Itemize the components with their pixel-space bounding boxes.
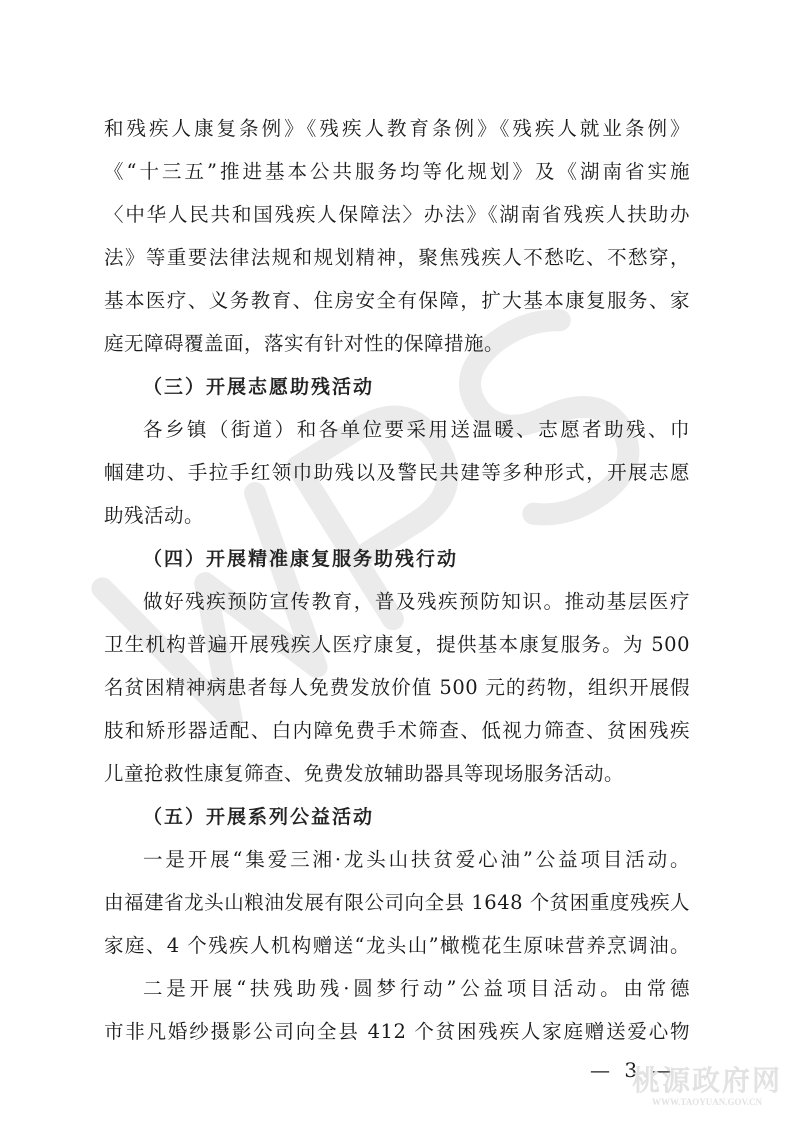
body-text-line: 一是开展“集爱三湘·龙头山扶贫爱心油”公益项目活动。 [143, 846, 690, 874]
document-page: 和残疾人康复条例》《残疾人教育条例》《残疾人就业条例》 《“十三五”推进基本公共… [0, 0, 793, 1122]
body-text-line: 做好残疾预防宣传教育，普及残疾预防知识。推动基层医疗 [143, 588, 690, 616]
body-text-line: 助残活动。 [104, 502, 690, 530]
section-heading-4: （四）开展精准康复服务助残行动 [143, 545, 458, 573]
body-text-line: 〈中华人民共和国残疾人保障法〉办法》《湖南省残疾人扶助办 [104, 201, 690, 229]
body-text-line: 各乡镇（街道）和各单位要采用送温暖、志愿者助残、巾 [143, 416, 690, 444]
body-text-line: 肢和矫形器适配、白内障免费手术筛查、低视力筛查、贫困残疾 [104, 717, 690, 745]
body-text-line: 基本医疗、义务教育、住房安全有保障，扩大基本康复服务、家 [104, 287, 690, 315]
body-text-line: 庭无障碍覆盖面，落实有针对性的保障措施。 [104, 330, 690, 358]
body-text-line: 卫生机构普遍开展残疾人医疗康复，提供基本康复服务。为 500 [104, 631, 690, 659]
page-number: — 3 — [590, 1058, 675, 1082]
body-text-line: 市非凡婚纱摄影公司向全县 412 个贫困残疾人家庭赠送爱心物 [104, 1018, 690, 1046]
section-heading-3: （三）开展志愿助残活动 [143, 373, 374, 401]
body-text-line: 《“十三五”推进基本公共服务均等化规划》及《湖南省实施 [104, 158, 690, 186]
body-text-line: 名贫困精神病患者每人免费发放价值 500 元的药物，组织开展假 [104, 674, 690, 702]
body-text-line: 帼建功、手拉手红领巾助残以及警民共建等多种形式，开展志愿 [104, 459, 690, 487]
body-text-line: 法》等重要法律法规和规划精神，聚焦残疾人不愁吃、不愁穿， [104, 244, 690, 272]
section-heading-5: （五）开展系列公益活动 [143, 803, 374, 831]
body-text-line: 和残疾人康复条例》《残疾人教育条例》《残疾人就业条例》 [104, 115, 690, 143]
site-logo-url: WWW.TAOYUAN.GOV.CN [632, 1096, 782, 1108]
body-text-line: 儿童抢救性康复筛查、免费发放辅助器具等现场服务活动。 [104, 760, 690, 788]
body-text-line: 家庭、4 个残疾人机构赠送“龙头山”橄榄花生原味营养烹调油。 [104, 932, 690, 960]
body-text-line: 二是开展“扶残助残·圆梦行动”公益项目活动。由常德 [143, 975, 690, 1003]
body-text-line: 由福建省龙头山粮油发展有限公司向全县 1648 个贫困重度残疾人 [104, 889, 690, 917]
